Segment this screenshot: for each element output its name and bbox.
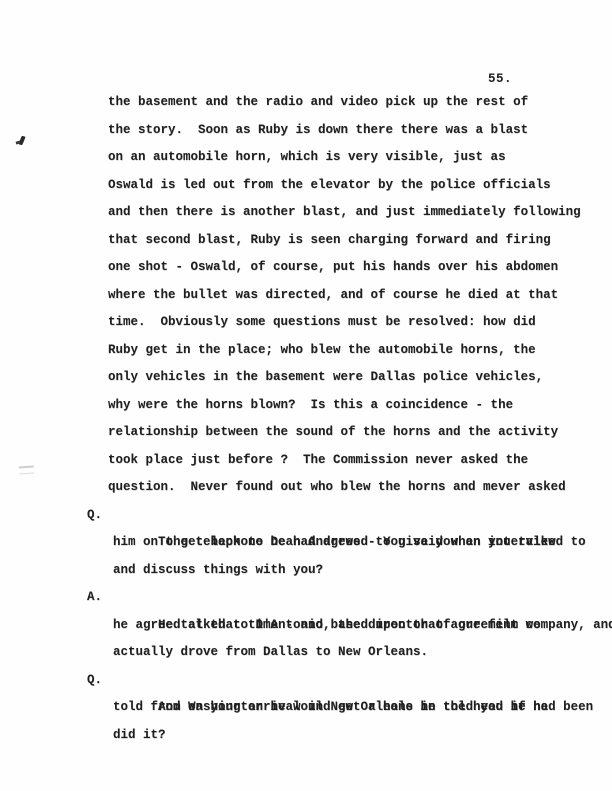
text-line: took place just before ? The Commission …	[0, 447, 612, 475]
text-line: the basement and the radio and video pic…	[0, 89, 612, 117]
text-line: and discuss things with you?	[0, 557, 612, 585]
text-line: him on the telephone he had agreed to gi…	[0, 529, 612, 557]
text-line: where the bullet was directed, and of co…	[0, 282, 612, 310]
page-number: 55.	[488, 72, 512, 86]
text-line: and then there is another blast, and jus…	[0, 199, 612, 227]
text-line: that second blast, Ruby is seen charging…	[0, 227, 612, 255]
text-line: told from Washington he would get a hole…	[0, 694, 612, 722]
question-line: Q.To get back to Dean Andrews - You said…	[0, 502, 612, 530]
question-line: Q.And on your arrival in New Orleans he …	[0, 667, 612, 695]
text-line: the story. Soon as Ruby is down there th…	[0, 117, 612, 145]
document-page: 55. the basement and the radio and video…	[0, 0, 612, 791]
speaker-label: Q.	[87, 502, 102, 530]
text-line: did it?	[0, 722, 612, 750]
text-line: one shot - Oswald, of course, put his ha…	[0, 254, 612, 282]
text-line: only vehicles in the basement were Dalla…	[0, 364, 612, 392]
text-line: question. Never found out who blew the h…	[0, 474, 612, 502]
answer-line: A.He talked to D'Antonio, the director o…	[0, 584, 612, 612]
text-line: Oswald is led out from the elevator by t…	[0, 172, 612, 200]
speaker-label: Q.	[87, 667, 102, 695]
text-line: actually drove from Dallas to New Orlean…	[0, 639, 612, 667]
stray-mark	[19, 465, 35, 474]
transcript-body: the basement and the radio and video pic…	[0, 89, 612, 749]
text-line: why were the horns blown? Is this a coin…	[0, 392, 612, 420]
text-line: time. Obviously some questions must be r…	[0, 309, 612, 337]
text-line: on an automobile horn, which is very vis…	[0, 144, 612, 172]
speaker-label: A.	[87, 584, 102, 612]
text-line: he agreed at that time - and based upon …	[0, 612, 612, 640]
text-line: relationship between the sound of the ho…	[0, 419, 612, 447]
text-line: Ruby get in the place; who blew the auto…	[0, 337, 612, 365]
